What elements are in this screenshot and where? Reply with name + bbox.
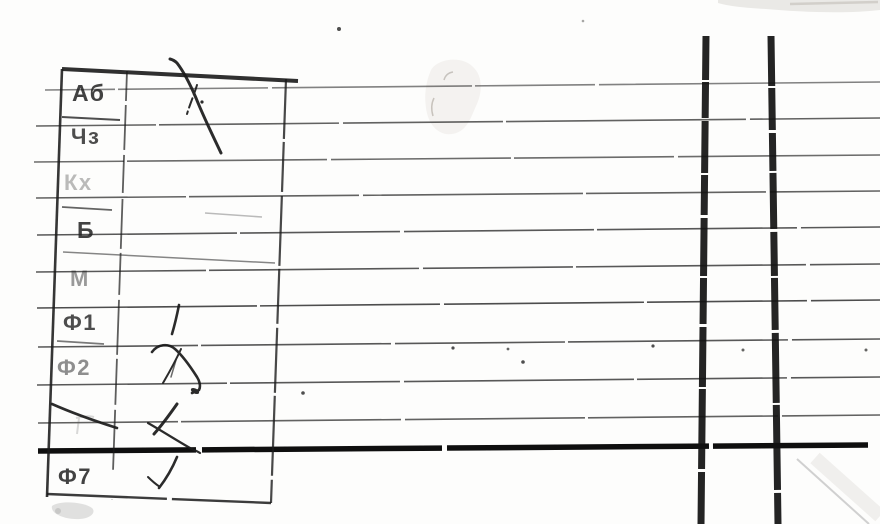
speck	[451, 346, 454, 349]
scanned-library-card: Аб Чз Кх Б М Ф1 Ф2 Ф7	[0, 0, 880, 524]
table-column-separator	[112, 71, 127, 500]
speck	[507, 348, 510, 351]
vertical-rule-left	[701, 36, 706, 524]
row-label-kh: Кх	[64, 170, 93, 195]
speck	[582, 20, 585, 23]
vertical-rules	[701, 36, 778, 524]
pen-slash-f1	[172, 305, 179, 334]
row-label-chz: Чз	[71, 124, 100, 149]
speck	[742, 349, 745, 352]
heavy-horizontal-rule	[38, 445, 868, 451]
ruled-line-4	[36, 191, 880, 198]
row-labels: Аб Чз Кх Б М Ф1 Ф2 Ф7	[57, 80, 106, 489]
speck	[865, 349, 868, 352]
table-border-right	[271, 79, 286, 503]
pen-check-f7-flag	[148, 477, 160, 487]
speck	[521, 360, 525, 364]
bottom-right-streak-wide	[815, 458, 880, 516]
row-label-m: М	[70, 266, 90, 291]
speck	[651, 344, 654, 347]
ruled-lines	[34, 82, 880, 423]
inner-dash-1	[62, 117, 120, 120]
ink-specks	[301, 20, 867, 395]
pen-check-f7-main	[159, 457, 177, 488]
faint-dash-right-of-table	[205, 213, 262, 217]
inner-dash-4	[57, 341, 104, 344]
ruled-line-6	[36, 264, 880, 272]
scan-canvas: Аб Чз Кх Б М Ф1 Ф2 Ф7	[0, 0, 880, 524]
inner-dash-3	[63, 252, 275, 263]
ruled-line-5	[37, 227, 880, 235]
pen-check-ab-dot	[200, 100, 203, 103]
ruled-line-7	[37, 300, 880, 308]
ruled-line-3	[34, 155, 880, 162]
bottom-left-blob-dot	[55, 508, 61, 514]
table-border-bottom	[47, 494, 271, 503]
pen-scribble-f2-main	[152, 345, 200, 393]
pen-scribble-f2-cross	[163, 349, 181, 383]
table-border-left	[47, 69, 62, 497]
inner-dash-2	[62, 207, 112, 210]
speck	[301, 391, 305, 395]
row-label-f2: Ф2	[57, 355, 91, 380]
row-label-f1: Ф1	[63, 310, 97, 335]
row-label-f7: Ф7	[58, 464, 92, 489]
vertical-rule-right	[771, 36, 778, 524]
row-label-b: Б	[77, 217, 95, 243]
row-label-ab: Аб	[72, 80, 106, 106]
pen-slash-row9-label	[52, 404, 117, 428]
speck	[337, 27, 341, 31]
